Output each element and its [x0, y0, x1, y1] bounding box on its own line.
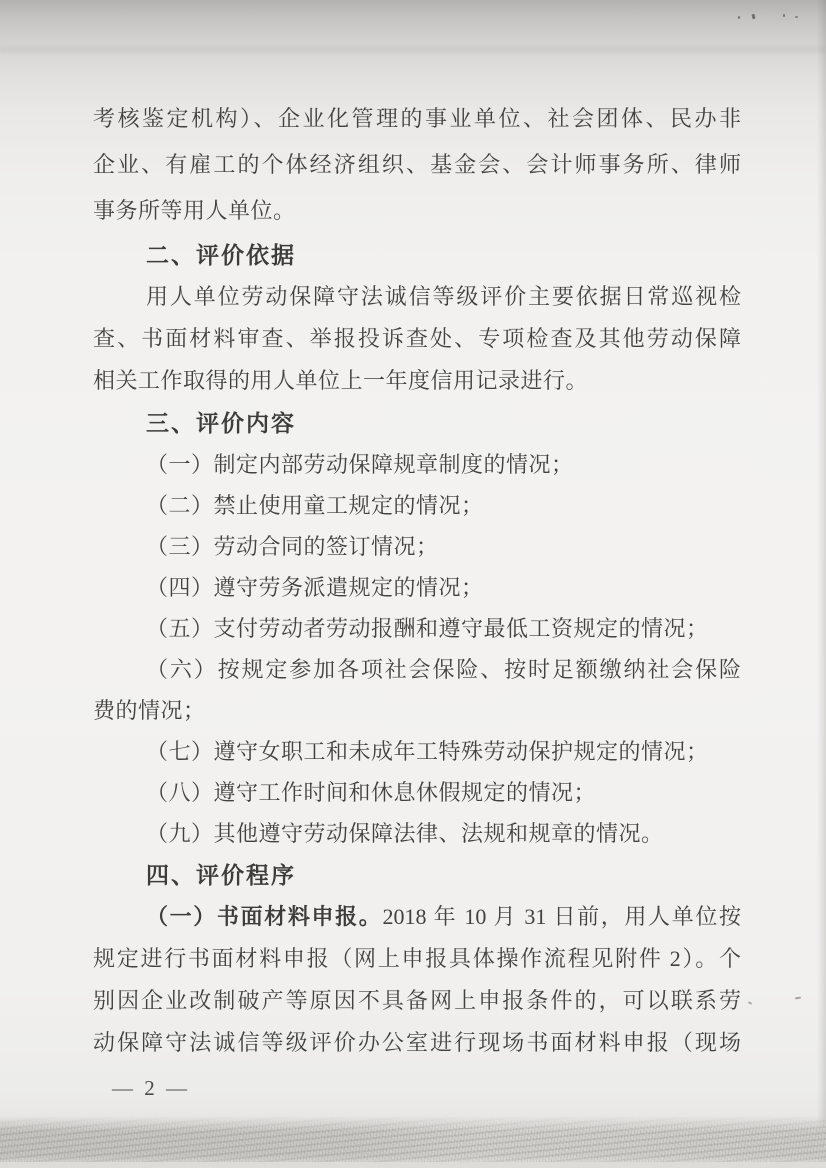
scan-bottom-strip — [0, 1162, 826, 1168]
intro-line-3: 事务所等用人单位。 — [93, 188, 741, 234]
section3-item-6-line-2: 费的情况； — [93, 690, 741, 731]
scan-right-edge-shade — [817, 0, 826, 1168]
section4-item1-bold-lead: （一）书面材料申报。 — [146, 904, 382, 929]
section3-item-6-line-1: （六）按规定参加各项社会保险、按时足额缴纳社会保险 — [93, 649, 741, 690]
section3-heading: 三、评价内容 — [93, 402, 741, 444]
section4-item1-lead-rest: 2018 年 10 月 31 日前，用人单位按 — [382, 904, 741, 929]
document-body: 考核鉴定机构）、企业化管理的事业单位、社会团体、民办非 企业、有雇工的个体经济组… — [93, 96, 741, 1064]
intro-line-2: 企业、有雇工的个体经济组织、基金会、会计师事务所、律师 — [93, 142, 741, 188]
section4-heading: 四、评价程序 — [93, 854, 741, 896]
page-number: — 2 — — [112, 1076, 190, 1101]
section3-item-2: （二）禁止使用童工规定的情况； — [93, 485, 741, 526]
section3-item-9: （九）其他遵守劳动保障法律、法规和规章的情况。 — [93, 813, 741, 854]
intro-line-1: 考核鉴定机构）、企业化管理的事业单位、社会团体、民办非 — [93, 96, 741, 142]
scan-bottom-noise-band — [0, 1116, 826, 1164]
section3-item-4: （四）遵守劳务派遣规定的情况； — [93, 567, 741, 608]
section3-item-7: （七）遵守女职工和未成年工特殊劳动保护规定的情况； — [93, 731, 741, 772]
section3-item-1: （一）制定内部劳动保障规章制度的情况； — [93, 444, 741, 485]
section4-item1-line-2: 规定进行书面材料申报（网上申报具体操作流程见附件 2）。个 — [93, 938, 741, 980]
section3-item-5: （五）支付劳动者劳动报酬和遵守最低工资规定的情况； — [93, 608, 741, 649]
section2-line-2: 查、书面材料审查、举报投诉查处、专项检查及其他劳动保障 — [93, 318, 741, 360]
section2-heading: 二、评价依据 — [93, 234, 741, 276]
section4-item1-line-3: 别因企业改制破产等原因不具备网上申报条件的，可以联系劳 — [93, 980, 741, 1022]
scan-shade-line — [0, 46, 826, 53]
section3-item-8: （八）遵守工作时间和休息休假规定的情况； — [93, 772, 741, 813]
section4-item1-line-4: 动保障守法诚信等级评价办公室进行现场书面材料申报（现场 — [93, 1022, 741, 1064]
section2-line-3: 相关工作取得的用人单位上一年度信用记录进行。 — [93, 360, 741, 402]
section3-item-3: （三）劳动合同的签订情况； — [93, 526, 741, 567]
scan-artifact — [795, 16, 798, 18]
section4-item1-line-1: （一）书面材料申报。2018 年 10 月 31 日前，用人单位按 — [93, 896, 741, 938]
section2-line-1: 用人单位劳动保障守法诚信等级评价主要依据日常巡视检 — [93, 276, 741, 318]
scan-artifact — [783, 14, 785, 17]
